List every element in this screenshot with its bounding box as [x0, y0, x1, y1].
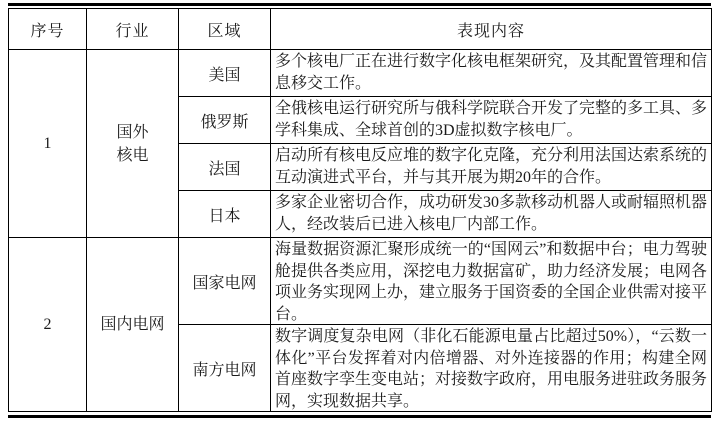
header-cell-industry: 行业 — [87, 9, 179, 50]
content-text: 启动所有核电反应堆的数字化克隆，充分利用法国达索系统的互动演进式平台，并与其开展… — [271, 144, 711, 190]
table-row-usa: 1 国外 核电 美国 多个核电厂正在进行数字化核电框架研究，及其配置管理和信息移… — [9, 50, 712, 97]
content-cell-japan: 多家企业密切合作，成功研发30多款移动机器人或耐辐照机器人，经改装后已进入核电厂… — [271, 191, 712, 238]
industry-cell-nuclear: 国外 核电 — [87, 50, 179, 238]
document-page: 序号 行业 区域 表现内容 1 国外 核电 美国 多个核电厂正在进行数字化核电框… — [0, 0, 719, 426]
serial-cell-1: 1 — [9, 50, 87, 238]
content-text: 海量数据资源汇聚形成统一的“国网云”和数据中台；电力驾驶舱提供各类应用，深挖电力… — [271, 238, 711, 324]
region-cell-france: 法国 — [179, 144, 271, 191]
content-text: 全俄核电运行研究所与俄科学院联合开发了完整的多工具、多学科集成、全球首创的3D虚… — [271, 97, 711, 143]
header-cell-content: 表现内容 — [271, 9, 712, 50]
content-cell-southern-grid: 数字调度复杂电网（非化石能源电量占比超过50%），“云数一体化”平台发挥着对内倍… — [271, 325, 712, 412]
region-cell-usa: 美国 — [179, 50, 271, 97]
content-cell-usa: 多个核电厂正在进行数字化核电框架研究，及其配置管理和信息移交工作。 — [271, 50, 712, 97]
content-text: 多个核电厂正在进行数字化核电框架研究，及其配置管理和信息移交工作。 — [271, 50, 711, 96]
region-cell-southern-grid: 南方电网 — [179, 325, 271, 412]
table-outer-frame: 序号 行业 区域 表现内容 1 国外 核电 美国 多个核电厂正在进行数字化核电框… — [8, 3, 711, 418]
header-cell-serial: 序号 — [9, 9, 87, 50]
serial-cell-2: 2 — [9, 238, 87, 412]
content-cell-russia: 全俄核电运行研究所与俄科学院联合开发了完整的多工具、多学科集成、全球首创的3D虚… — [271, 97, 712, 144]
header-cell-region: 区域 — [179, 9, 271, 50]
region-cell-russia: 俄罗斯 — [179, 97, 271, 144]
table-row-state-grid: 2 国内电网 国家电网 海量数据资源汇聚形成统一的“国网云”和数据中台；电力驾驶… — [9, 238, 712, 325]
region-cell-state-grid: 国家电网 — [179, 238, 271, 325]
performance-table: 序号 行业 区域 表现内容 1 国外 核电 美国 多个核电厂正在进行数字化核电框… — [8, 8, 712, 412]
content-text: 数字调度复杂电网（非化石能源电量占比超过50%），“云数一体化”平台发挥着对内倍… — [271, 325, 711, 411]
industry-cell-grid: 国内电网 — [87, 238, 179, 412]
content-text: 多家企业密切合作，成功研发30多款移动机器人或耐辐照机器人，经改装后已进入核电厂… — [271, 191, 711, 237]
content-cell-state-grid: 海量数据资源汇聚形成统一的“国网云”和数据中台；电力驾驶舱提供各类应用，深挖电力… — [271, 238, 712, 325]
table-header-row: 序号 行业 区域 表现内容 — [9, 9, 712, 50]
region-cell-japan: 日本 — [179, 191, 271, 238]
content-cell-france: 启动所有核电反应堆的数字化克隆，充分利用法国达索系统的互动演进式平台，并与其开展… — [271, 144, 712, 191]
